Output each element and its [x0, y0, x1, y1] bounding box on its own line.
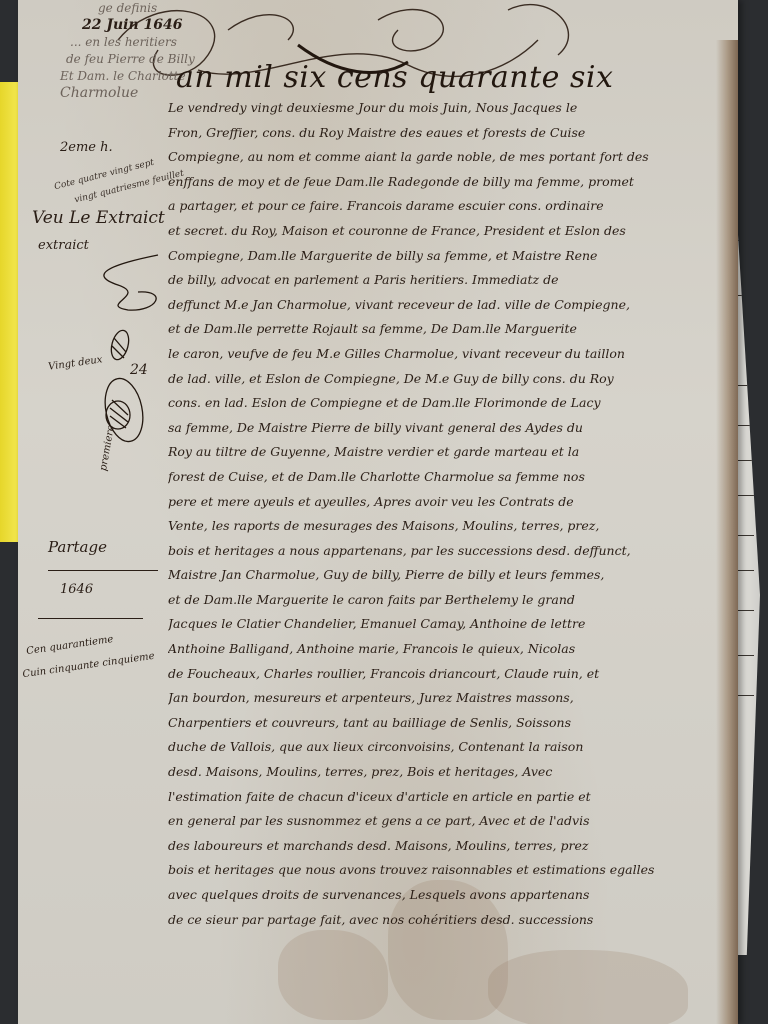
document-date: 22 Juin 1646 — [82, 17, 220, 34]
body-line: en general par les susnommez et gens a c… — [168, 809, 723, 834]
manuscript-page: ge definis 22 Juin 1646 ... en les herit… — [18, 0, 738, 1024]
body-line: avec quelques droits de survenances, Les… — [168, 883, 723, 908]
margin-note-quarantieme-1: Cen quarantieme — [26, 634, 114, 657]
margin-note-extraict: extraict — [38, 238, 89, 253]
margin-rule — [38, 618, 143, 619]
document-heading: an mil six cens quarante six — [176, 60, 613, 95]
body-line: et secret. du Roy, Maison et couronne de… — [168, 219, 723, 244]
body-line: sa femme, De Maistre Pierre de billy viv… — [168, 416, 723, 441]
margin-note-quarantieme-2: Cuin cinquante cinquieme — [22, 651, 155, 680]
header-line-1: ... en les heritiers — [70, 34, 220, 51]
body-line: Charpentiers et couvreurs, tant au baill… — [168, 711, 723, 736]
body-line: desd. Maisons, Moulins, terres, prez, Bo… — [168, 760, 723, 785]
body-line: Maistre Jan Charmolue, Guy de billy, Pie… — [168, 563, 723, 588]
body-line: Compiegne, Dam.lle Marguerite de billy s… — [168, 244, 723, 269]
document-body: Le vendredy vingt deuxiesme Jour du mois… — [168, 96, 723, 932]
body-line: et de Dam.lle perrette Rojault sa femme,… — [168, 317, 723, 342]
body-line: bois et heritages que nous avons trouvez… — [168, 858, 723, 883]
water-stain — [278, 930, 388, 1020]
header-line-0: ge definis — [98, 0, 220, 17]
body-line: Vente, les raports de mesurages des Mais… — [168, 514, 723, 539]
margin-rule — [48, 570, 158, 571]
body-line: Roy au tiltre de Guyenne, Maistre verdie… — [168, 440, 723, 465]
body-line: et de Dam.lle Marguerite le caron faits … — [168, 588, 723, 613]
margin-note-partage: Partage — [48, 538, 107, 556]
body-line: l'estimation faite de chacun d'iceux d'a… — [168, 785, 723, 810]
body-line: de ce sieur par partage fait, avec nos c… — [168, 908, 723, 933]
water-stain — [488, 950, 688, 1024]
body-line: de billy, advocat en parlement a Paris h… — [168, 268, 723, 293]
margin-note-year: 1646 — [60, 582, 93, 597]
body-line: deffunct M.e Jan Charmolue, vivant recev… — [168, 293, 723, 318]
body-line: enffans de moy et de feue Dam.lle Radego… — [168, 170, 723, 195]
body-line: Le vendredy vingt deuxiesme Jour du mois… — [168, 96, 723, 121]
body-line: pere et mere ayeuls et ayeulles, Apres a… — [168, 490, 723, 515]
body-line: Compiegne, au nom et comme aiant la gard… — [168, 145, 723, 170]
margin-note-24: 24 — [130, 362, 148, 378]
body-line: cons. en lad. Eslon de Compiegne et de D… — [168, 391, 723, 416]
body-line: Fron, Greffier, cons. du Roy Maistre des… — [168, 121, 723, 146]
body-line: Jacques le Clatier Chandelier, Emanuel C… — [168, 612, 723, 637]
body-line: de lad. ville, et Eslon de Compiegne, De… — [168, 367, 723, 392]
margin-note-second: 2eme h. — [60, 140, 113, 155]
body-line: Jan bourdon, mesureurs et arpenteurs, Ju… — [168, 686, 723, 711]
body-line: bois et heritages a nous appartenans, pa… — [168, 539, 723, 564]
body-line: forest de Cuise, et de Dam.lle Charlotte… — [168, 465, 723, 490]
body-line: de Foucheaux, Charles roullier, Francois… — [168, 662, 723, 687]
body-line: Anthoine Balligand, Anthoine marie, Fran… — [168, 637, 723, 662]
body-line: des laboureurs et marchands desd. Maison… — [168, 834, 723, 859]
body-line: duche de Vallois, que aux lieux circonvo… — [168, 735, 723, 760]
margin-note-veu: Veu Le Extraict — [32, 208, 165, 228]
body-line: a partager, et pour ce faire. Francois d… — [168, 194, 723, 219]
body-line: le caron, veufve de feu M.e Gilles Charm… — [168, 342, 723, 367]
